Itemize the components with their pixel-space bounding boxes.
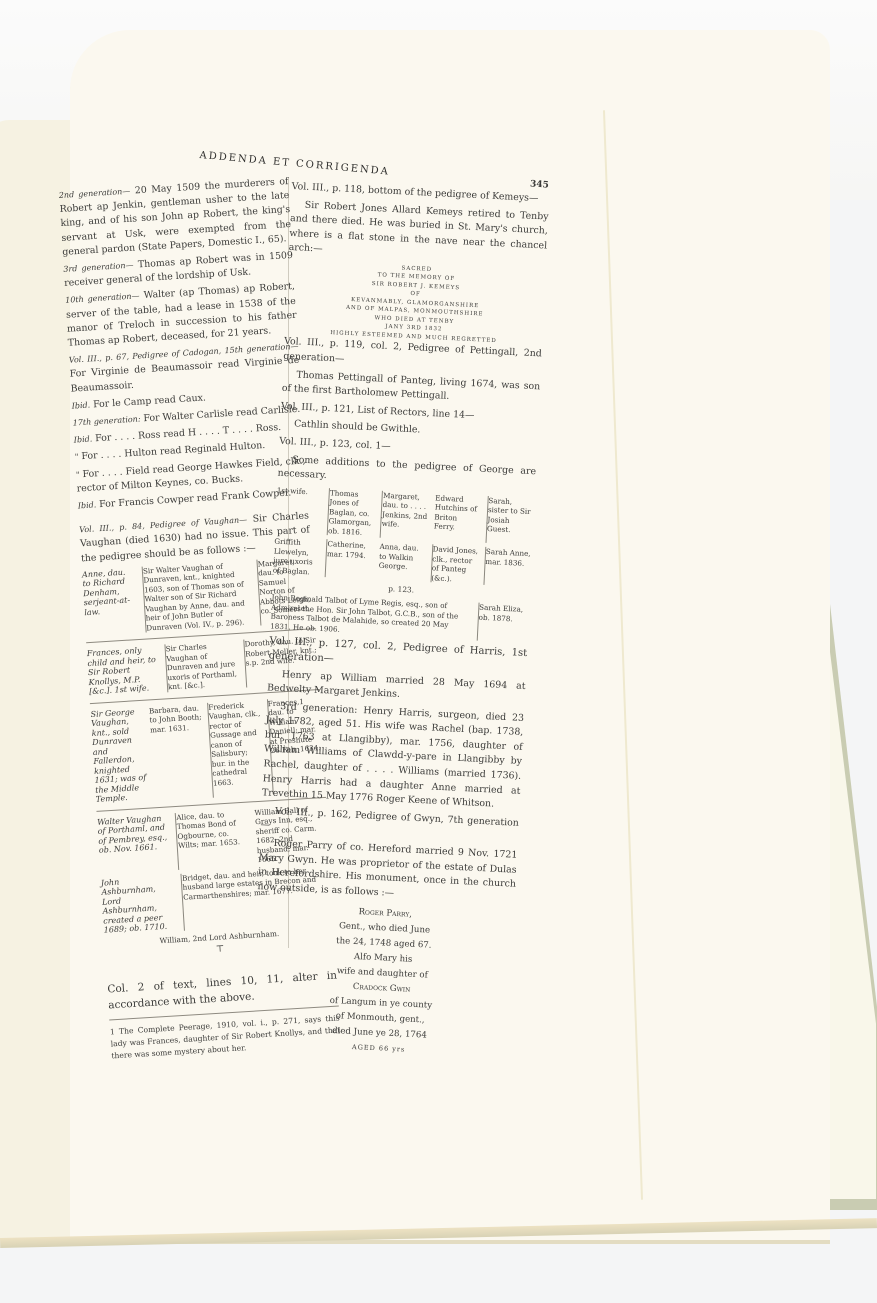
running-title: ADDENDA ET CORRIGENDA [199, 150, 390, 178]
epitaph: Roger Parry, Gent., who died June the 24… [249, 901, 514, 1063]
entry-label: " [76, 470, 80, 479]
entry-label: Ibid. [71, 400, 90, 410]
pedigree-entry: John Reginald Talbot of Lyme Regis, esq.… [270, 593, 472, 641]
page-number: 345 [530, 179, 549, 190]
pedigree-entry: Sir Walter Vaughan of Dunraven, knt., kn… [142, 560, 255, 633]
entry-label: 2nd generation— [59, 187, 131, 200]
pedigree-entry: Sir George Vaughan, knt., sold Dunraven … [90, 707, 148, 805]
entry-label: Vol. III., p. 123, col. 1— [279, 436, 391, 452]
entry-label: " [75, 453, 79, 462]
pedigree-entry: Frances, only child and heir, to Sir Rob… [87, 645, 162, 697]
entry-label: 10th generation— [65, 292, 140, 306]
entry-text: Roger Parry of co. Hereford married 9 No… [257, 836, 518, 907]
entry-text: For le Camp read Caux. [93, 392, 206, 410]
pedigree-entry: Walter Vaughan of Porthaml, and of Pembr… [97, 813, 173, 874]
inscription: SACRED TO THE MEMORY OF SIR ROBERT J. KE… [284, 259, 545, 348]
pedigree-entry: Anna, dau. to Walkin George. [378, 542, 426, 582]
pedigree-entry: David Jones, clk., rector of Panteg (&c.… [430, 545, 479, 585]
pedigree-entry: Sarah Eliza, ob. 1878. [477, 603, 530, 643]
pedigree-entry: Sarah, sister to Sir Josiah Guest. [485, 496, 534, 546]
entry-text: Sir Robert Jones Allard Kemeys retired t… [288, 198, 549, 269]
entry-label: 17th generation: [72, 415, 140, 428]
pedigree-entry: Margaret, dau. to . . . . Jenkins, 2nd w… [380, 491, 429, 541]
pedigree-entry: Anne, dau. to Richard Denham, serjeant-a… [82, 567, 140, 637]
entry-text: Walter (ap Thomas) ap Robert, server of … [66, 281, 297, 349]
pedigree-entry: Sarah Anne, mar. 1836. [483, 547, 532, 587]
pedigree-entry: Barbara, dau. to John Booth; mar. 1631. [149, 703, 207, 801]
pedigree-entry: 1st wife. [275, 485, 323, 535]
entry-text: 3rd generation: Henry Harris, surgeon, d… [262, 699, 525, 814]
pedigree-entry: Frederick Vaughan, clk., rector of Gussa… [207, 700, 266, 798]
right-column: Vol. III., p. 118, bottom of the pedigre… [249, 180, 549, 1063]
entry-label: Ibid. [74, 435, 93, 445]
pedigree-row: 1st wife. Thomas Jones of Baglan, co. Gl… [275, 485, 535, 545]
pedigree-entry: Thomas Jones of Baglan, co. Glamorgan, o… [327, 488, 376, 538]
pedigree-entry: Catherine, mar. 1794. [325, 539, 374, 579]
entry-label: Ibid. [78, 500, 97, 510]
entry-label: 3rd generation— [63, 261, 134, 274]
pedigree-entry: Alice, dau. to Thomas Bond of Ogbourne, … [175, 808, 252, 869]
pedigree-entry: John Ashburnham, Lord Ashburnham, create… [101, 874, 179, 935]
pedigree-entry: Sir Charles Vaughan of Dunraven and jure… [164, 640, 240, 692]
page-text: ADDENDA ET CORRIGENDA 345 2nd generation… [0, 0, 877, 1303]
pedigree-entry: Edward Hutchins of Briton Ferry. [433, 493, 481, 543]
pedigree-entry: Griffith Llewelyn, jure uxoris of Baglan… [273, 537, 321, 577]
